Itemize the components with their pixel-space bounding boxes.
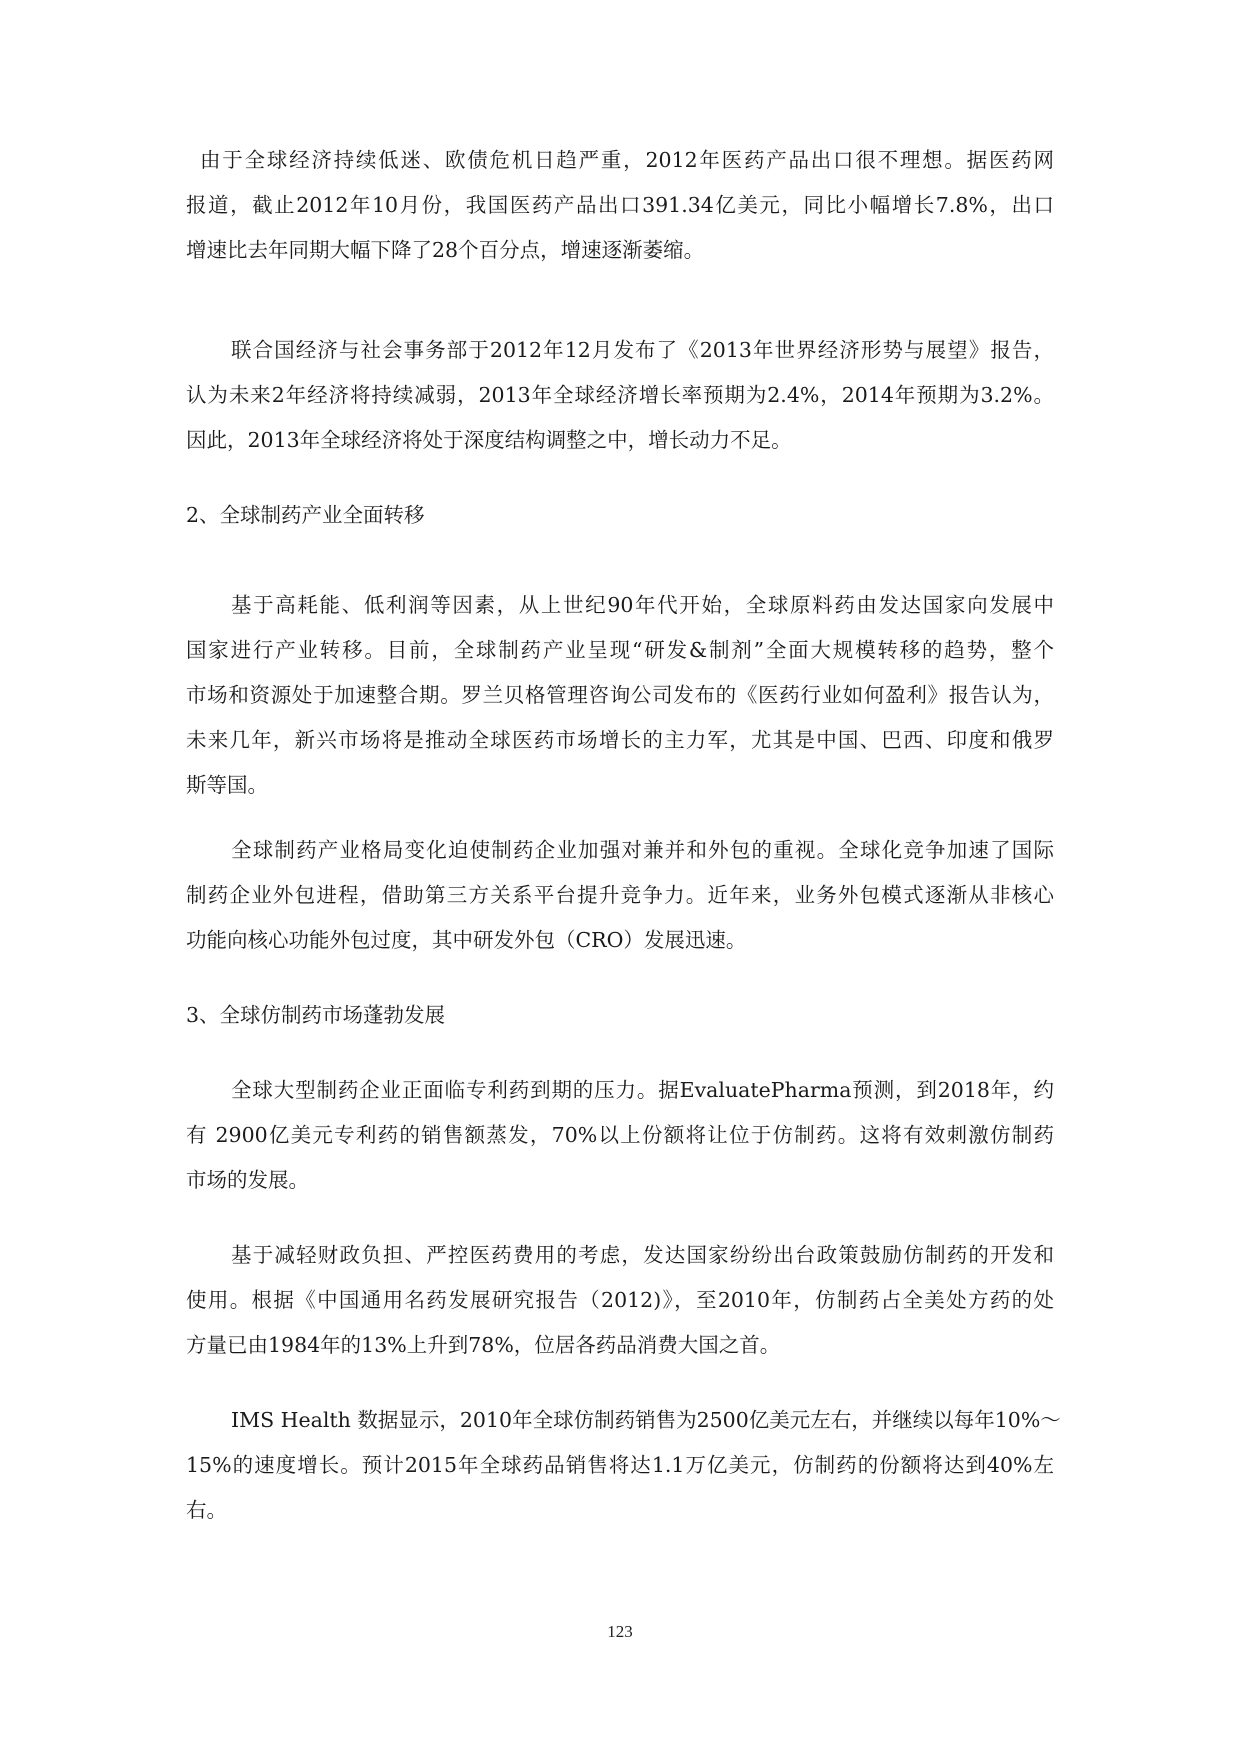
section-3-paragraph-2-line-1: 基于减轻财政负担、严控医药费用的考虑，发达国家纷纷出台政策鼓励仿制药的开发和	[231, 1241, 1054, 1269]
section-3-paragraph-1-line-3: 市场的发展。	[186, 1166, 1054, 1194]
section-2-paragraph-1-line-2: 国家进行产业转移。目前，全球制药产业呈现“研发&制剂”全面大规模转移的趋势，整个	[186, 636, 1054, 664]
paragraph-2-line-1: 联合国经济与社会事务部于2012年12月发布了《2013年世界经济形势与展望》报…	[231, 336, 1054, 364]
paragraph-1-line-2: 报道，截止2012年10月份，我国医药产品出口391.34亿美元，同比小幅增长7…	[186, 191, 1054, 219]
section-2-paragraph-2-line-3: 功能向核心功能外包过度，其中研发外包（CRO）发展迅速。	[186, 926, 1054, 954]
document-page: 由于全球经济持续低迷、欧债危机日趋严重，2012年医药产品出口很不理想。据医药网…	[0, 0, 1240, 1753]
paragraph-2-line-3: 因此，2013年全球经济将处于深度结构调整之中，增长动力不足。	[186, 426, 1054, 454]
section-2-paragraph-2-line-2: 制药企业外包进程，借助第三方关系平台提升竞争力。近年来，业务外包模式逐渐从非核心	[186, 881, 1054, 909]
section-2-paragraph-1-line-4: 未来几年，新兴市场将是推动全球医药市场增长的主力军，尤其是中国、巴西、印度和俄罗	[186, 726, 1054, 754]
section-2-heading: 2、全球制药产业全面转移	[186, 501, 425, 529]
section-2-paragraph-1-line-1: 基于高耗能、低利润等因素，从上世纪90年代开始，全球原料药由发达国家向发展中	[231, 591, 1054, 619]
section-2-paragraph-1-line-3: 市场和资源处于加速整合期。罗兰贝格管理咨询公司发布的《医药行业如何盈利》报告认为…	[186, 681, 1054, 709]
section-3-paragraph-1-line-2: 有 2900亿美元专利药的销售额蒸发，70%以上份额将让位于仿制药。这将有效刺激…	[186, 1121, 1054, 1149]
page-number: 123	[0, 1622, 1240, 1642]
section-2-paragraph-1-line-5: 斯等国。	[186, 771, 1054, 799]
section-3-paragraph-2-line-2: 使用。根据《中国通用名药发展研究报告（2012)》，至2010年，仿制药占全美处…	[186, 1286, 1054, 1314]
section-2-paragraph-2-line-1: 全球制药产业格局变化迫使制药企业加强对兼并和外包的重视。全球化竞争加速了国际	[231, 836, 1054, 864]
section-3-paragraph-3-line-2: 15%的速度增长。预计2015年全球药品销售将达1.1万亿美元，仿制药的份额将达…	[186, 1451, 1054, 1479]
section-3-heading: 3、全球仿制药市场蓬勃发展	[186, 1001, 445, 1029]
paragraph-2-line-2: 认为未来2年经济将持续减弱，2013年全球经济增长率预期为2.4%，2014年预…	[186, 381, 1054, 409]
section-3-paragraph-3-line-1: IMS Health 数据显示，2010年全球仿制药销售为2500亿美元左右，并…	[231, 1406, 1054, 1434]
paragraph-1-line-1: 由于全球经济持续低迷、欧债危机日趋严重，2012年医药产品出口很不理想。据医药网	[200, 146, 1054, 174]
paragraph-1-line-3: 增速比去年同期大幅下降了28个百分点，增速逐渐萎缩。	[186, 236, 1054, 264]
section-3-paragraph-1-line-1: 全球大型制药企业正面临专利药到期的压力。据EvaluatePharma预测，到2…	[231, 1076, 1054, 1104]
section-3-paragraph-3-line-3: 右。	[186, 1496, 1054, 1524]
section-3-paragraph-2-line-3: 方量已由1984年的13%上升到78%，位居各药品消费大国之首。	[186, 1331, 1054, 1359]
